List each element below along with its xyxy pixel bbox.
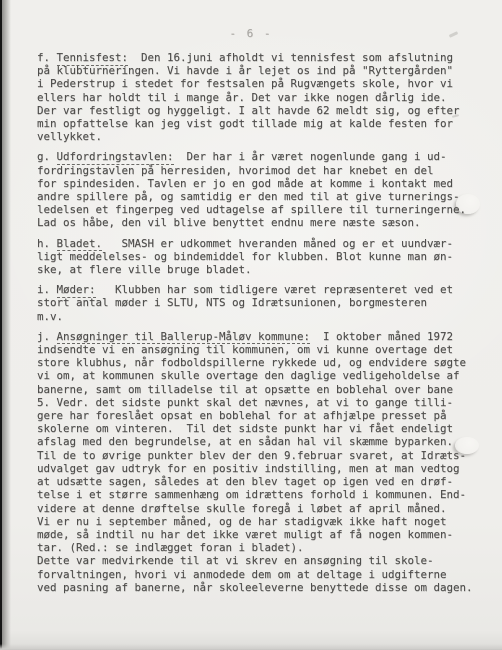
text-line: Der har i år været nogenlunde gang i ud-: [174, 150, 447, 163]
text-line: ellers har holdt til i mange år. Det var…: [37, 91, 475, 104]
paragraph-letter: i.: [37, 283, 57, 296]
text-line: ske, at flere ville bruge bladet.: [37, 263, 475, 276]
page-number: - 6 -: [0, 27, 502, 40]
text-line: SMASH er udkommet hveranden måned og er …: [102, 237, 453, 250]
text-line: min opfattelse kan jeg vist godt tillade…: [37, 117, 475, 130]
text-line: møde, så indtil nu har det ikke været mu…: [37, 528, 475, 541]
text-line: g. Udfordringstavlen: Der har i år været…: [37, 150, 475, 163]
scan-bottom-edge-shadow: [0, 644, 502, 650]
text-line: f. Tennisfest: Den 16.juni afholdt vi te…: [37, 51, 475, 64]
text-line: for spindesiden. Tavlen er jo en god måd…: [37, 177, 475, 190]
text-line: j. Ansøgninger til Ballerup-Måløv kommun…: [37, 330, 475, 343]
text-line: Vi er nu i september måned, og de har st…: [37, 515, 475, 528]
text-line: 5. Vedr. det sidste punkt skal det nævne…: [37, 396, 475, 409]
text-line: Den 16.juni afholdt vi tennisfest som af…: [128, 51, 453, 64]
text-line: at udsætte sagen, således at den blev ta…: [37, 475, 475, 488]
text-line: Dette var medvirkende til at vi skrev en…: [37, 554, 475, 567]
text-line: banerne, samt om tilladelse til at opsæt…: [37, 383, 475, 396]
paragraph-letter: f.: [37, 51, 57, 64]
paragraph-letter: j.: [37, 330, 57, 343]
text-line: h. Bladet. SMASH er udkommet hveranden m…: [37, 237, 475, 250]
text-line: ligt meddelelses- og bindemiddel for klu…: [37, 250, 475, 263]
text-line: Lad os håbe, den vil blive benyttet endn…: [37, 216, 475, 229]
text-line: fordringstavlen på herresiden, hvorimod …: [37, 164, 475, 177]
scan-left-edge-shadow: [2, 0, 11, 650]
text-line: tar. (Red.: se indlægget foran i bladet)…: [37, 541, 475, 554]
text-line: vellykket.: [37, 130, 475, 143]
text-line: andre spillere på, og samtidig er den me…: [37, 190, 475, 203]
paragraph-letter: h.: [37, 237, 57, 250]
paragraph-heading: Bladet.: [57, 237, 103, 252]
text-line: Der var festligt og hyggeligt. I alt hav…: [37, 104, 475, 117]
paragraph-g-udfordringstavlen: g. Udfordringstavlen: Der har i år været…: [37, 150, 475, 229]
text-line: ledelsen et fingerpeg ved udtagelse af s…: [37, 203, 475, 216]
text-line: Klubben har som tidligere været repræsen…: [96, 283, 454, 296]
text-line: I oktober måned 1972: [310, 330, 453, 343]
text-line: telse i et større sammenhæng om idrætten…: [37, 488, 475, 501]
text-line: udvalget gav udtryk for en positiv indst…: [37, 462, 475, 475]
text-line: ved pasning af banerne, når skoleelevern…: [37, 581, 475, 594]
text-line: i. Møder: Klubben har som tidligere være…: [37, 283, 475, 296]
paragraph-letter: g.: [37, 150, 57, 163]
text-line: skolerne om vinteren. Til det sidste pun…: [37, 422, 475, 435]
text-line: afslag med den begrundelse, at en sådan …: [37, 435, 475, 448]
text-line: på klubturneringen. Vi havde i år lejet …: [37, 64, 475, 77]
paragraph-heading: Udfordringstavlen:: [57, 150, 174, 165]
text-line: forvaltningen, hvori vi anmodede dem om …: [37, 568, 475, 581]
scanned-document-page: - 6 - f. Tennisfest: Den 16.juni afholdt…: [0, 0, 502, 650]
text-line: stort antal møder i SLTU, NTS og Idrætsu…: [37, 296, 475, 309]
text-line: indsendte vi en ansøgning til kommunen, …: [37, 343, 475, 356]
text-line: vi om, at kommunen skulle overtage den d…: [37, 369, 475, 382]
text-line: store klubhus, når fodboldspillerne rykk…: [37, 356, 475, 369]
text-line: m.v.: [37, 310, 475, 323]
text-line: gere har foreslået opsat en boblehal for…: [37, 409, 475, 422]
paragraph-i-moeder: i. Møder: Klubben har som tidligere være…: [37, 283, 475, 323]
paragraph-j-ansoegninger: j. Ansøgninger til Ballerup-Måløv kommun…: [37, 330, 475, 594]
paragraph-h-bladet: h. Bladet. SMASH er udkommet hveranden m…: [37, 237, 475, 277]
paragraph-f-tennisfest: f. Tennisfest: Den 16.juni afholdt vi te…: [37, 51, 475, 143]
document-body: f. Tennisfest: Den 16.juni afholdt vi te…: [37, 51, 475, 601]
text-line: i Pederstrup i stedet for festsalen på R…: [37, 77, 475, 90]
text-line: videre at denne drøftelse skulle foregå …: [37, 502, 475, 515]
text-line: Til de to øvrige punkter blev der den 9.…: [37, 449, 475, 462]
